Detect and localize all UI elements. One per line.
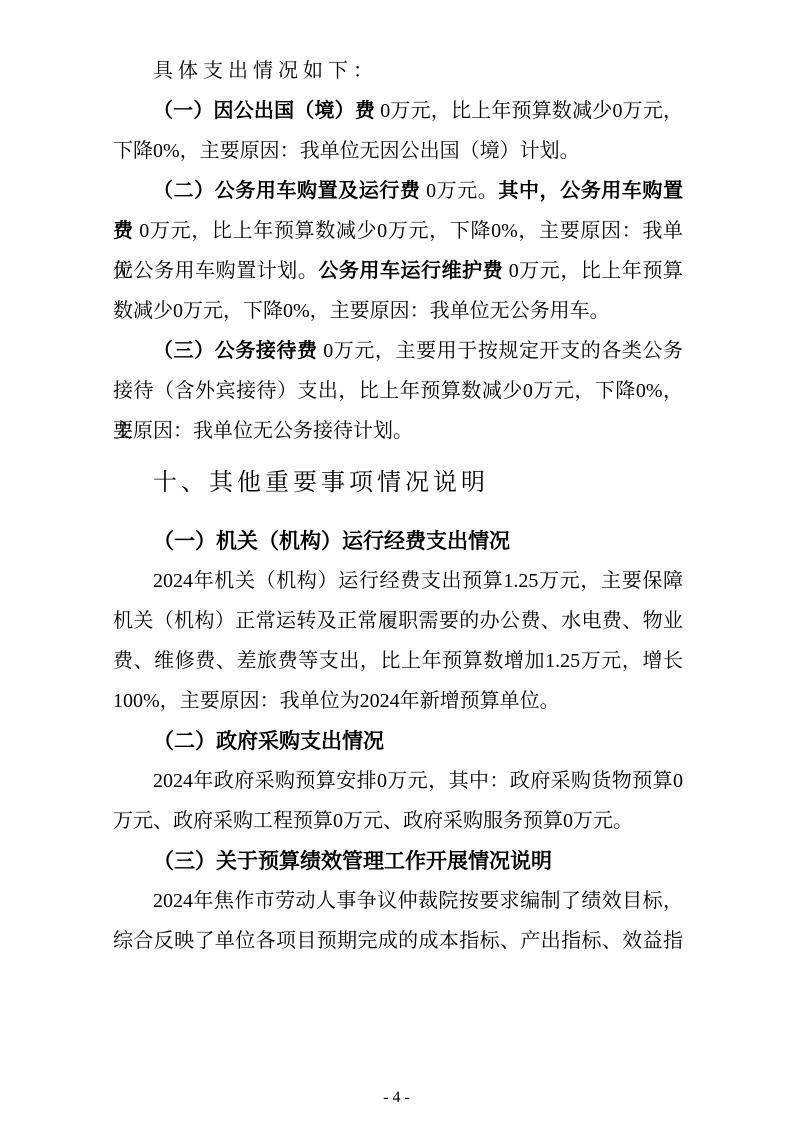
paragraph: 2024年政府采购预算安排0万元，其中：政府采购货物预算0万元、政府采购工程预算… bbox=[113, 761, 683, 841]
subsection-heading: （一）机关（机构）运行经费支出情况 bbox=[113, 521, 683, 561]
text-run: 下降0%，主要原因：我单位无因公出国（境）计划。 bbox=[113, 140, 580, 162]
text-line: （一）因公出国（境）费 0万元，比上年预算数减少0万元， bbox=[113, 91, 683, 131]
bold-text-run: 公务用车运行维护费 bbox=[318, 260, 503, 282]
bold-text-run: （一）因公出国（境）费 bbox=[153, 100, 375, 122]
text-line: （三）关于预算绩效管理工作开展情况说明 bbox=[113, 841, 683, 881]
text-run: 无公务用车购置计划。 bbox=[113, 260, 318, 282]
subsection-heading: （二）政府采购支出情况 bbox=[113, 721, 683, 761]
text-run: 0万元，比上年预算 bbox=[503, 260, 683, 282]
document-page: 具体支出情况如下：（一）因公出国（境）费 0万元，比上年预算数减少0万元，下降0… bbox=[0, 0, 793, 1122]
text-line: 要原因：我单位无公务接待计划。 bbox=[113, 411, 683, 451]
text-line: 综合反映了单位各项目预期完成的成本指标、产出指标、效益指 bbox=[113, 921, 683, 961]
bold-text-run: （二）公务用车购置及运行费 bbox=[153, 180, 421, 202]
subsection-heading: （三）关于预算绩效管理工作开展情况说明 bbox=[113, 841, 683, 881]
paragraph: （二）公务用车购置及运行费 0万元。其中，公务用车购置费 0万元，比上年预算数减… bbox=[113, 171, 683, 331]
text-run: 万元、政府采购工程预算0万元、政府采购服务预算0万元。 bbox=[113, 810, 633, 832]
text-line: （一）机关（机构）运行经费支出情况 bbox=[113, 521, 683, 561]
paragraph: （一）因公出国（境）费 0万元，比上年预算数减少0万元，下降0%，主要原因：我单… bbox=[113, 91, 683, 171]
text-line: 数减少0万元，下降0%，主要原因：我单位无公务用车。 bbox=[113, 291, 683, 331]
paragraph: （三）公务接待费 0万元，主要用于按规定开支的各类公务接待（含外宾接待）支出，比… bbox=[113, 331, 683, 451]
bold-text-run: （三）关于预算绩效管理工作开展情况说明 bbox=[153, 849, 552, 873]
text-line: 100%，主要原因：我单位为2024年新增预算单位。 bbox=[113, 681, 683, 721]
paragraph: 2024年机关（机构）运行经费支出预算1.25万元，主要保障机关（机构）正常运转… bbox=[113, 561, 683, 721]
text-line: 万元、政府采购工程预算0万元、政府采购服务预算0万元。 bbox=[113, 801, 683, 841]
text-line: 无公务用车购置计划。公务用车运行维护费 0万元，比上年预算 bbox=[113, 251, 683, 291]
text-line: 2024年机关（机构）运行经费支出预算1.25万元，主要保障 bbox=[113, 561, 683, 601]
text-line: 2024年政府采购预算安排0万元，其中：政府采购货物预算0 bbox=[113, 761, 683, 801]
section-heading: 十、其他重要事项情况说明 bbox=[113, 463, 683, 503]
bold-text-run: （二）政府采购支出情况 bbox=[153, 729, 384, 753]
text-run: 要原因：我单位无公务接待计划。 bbox=[113, 420, 413, 442]
document-body: 具体支出情况如下：（一）因公出国（境）费 0万元，比上年预算数减少0万元，下降0… bbox=[113, 51, 683, 961]
bold-text-run: 费 bbox=[113, 220, 134, 242]
text-run: 0万元，主要用于按规定开支的各类公务 bbox=[318, 340, 683, 362]
text-line: 接待（含外宾接待）支出，比上年预算数减少0万元，下降0%，主 bbox=[113, 371, 683, 411]
bold-text-run: 其中，公务用车购置 bbox=[498, 180, 683, 202]
text-run: 费、维修费、差旅费等支出，比上年预算数增加1.25万元，增长 bbox=[113, 650, 683, 672]
text-line: 2024年焦作市劳动人事争议仲裁院按要求编制了绩效目标， bbox=[113, 881, 683, 921]
text-line: 费 0万元，比上年预算数减少0万元，下降0%，主要原因：我单位 bbox=[113, 211, 683, 251]
text-line: 机关（机构）正常运转及正常履职需要的办公费、水电费、物业 bbox=[113, 601, 683, 641]
text-line: 十、其他重要事项情况说明 bbox=[113, 463, 683, 503]
bold-text-run: （三）公务接待费 bbox=[153, 340, 318, 362]
bold-text-run: （一）机关（机构）运行经费支出情况 bbox=[153, 529, 510, 553]
text-run: 2024年机关（机构）运行经费支出预算1.25万元，主要保障 bbox=[153, 570, 683, 592]
text-line: （二）政府采购支出情况 bbox=[113, 721, 683, 761]
text-run: 综合反映了单位各项目预期完成的成本指标、产出指标、效益指 bbox=[113, 930, 683, 952]
paragraph: 2024年焦作市劳动人事争议仲裁院按要求编制了绩效目标，综合反映了单位各项目预期… bbox=[113, 881, 683, 961]
page-number: - 4 - bbox=[0, 1088, 793, 1108]
text-line: （三）公务接待费 0万元，主要用于按规定开支的各类公务 bbox=[113, 331, 683, 371]
text-run: 2024年焦作市劳动人事争议仲裁院按要求编制了绩效目标， bbox=[153, 890, 683, 912]
text-run: 具体支出情况如下： bbox=[153, 60, 378, 82]
text-line: （二）公务用车购置及运行费 0万元。其中，公务用车购置 bbox=[113, 171, 683, 211]
text-line: 下降0%，主要原因：我单位无因公出国（境）计划。 bbox=[113, 131, 683, 171]
text-run: 数减少0万元，下降0%，主要原因：我单位无公务用车。 bbox=[113, 300, 610, 322]
text-run: 0万元。 bbox=[421, 180, 499, 202]
text-run: 0万元，比上年预算数减少0万元， bbox=[375, 100, 683, 122]
text-line: 具体支出情况如下： bbox=[113, 51, 683, 91]
text-line: 费、维修费、差旅费等支出，比上年预算数增加1.25万元，增长 bbox=[113, 641, 683, 681]
text-run: 2024年政府采购预算安排0万元，其中：政府采购货物预算0 bbox=[153, 770, 683, 792]
text-run: 十、其他重要事项情况说明 bbox=[153, 469, 489, 496]
text-run: 100%，主要原因：我单位为2024年新增预算单位。 bbox=[113, 690, 560, 712]
text-run: 机关（机构）正常运转及正常履职需要的办公费、水电费、物业 bbox=[113, 610, 683, 632]
paragraph: 具体支出情况如下： bbox=[113, 51, 683, 91]
